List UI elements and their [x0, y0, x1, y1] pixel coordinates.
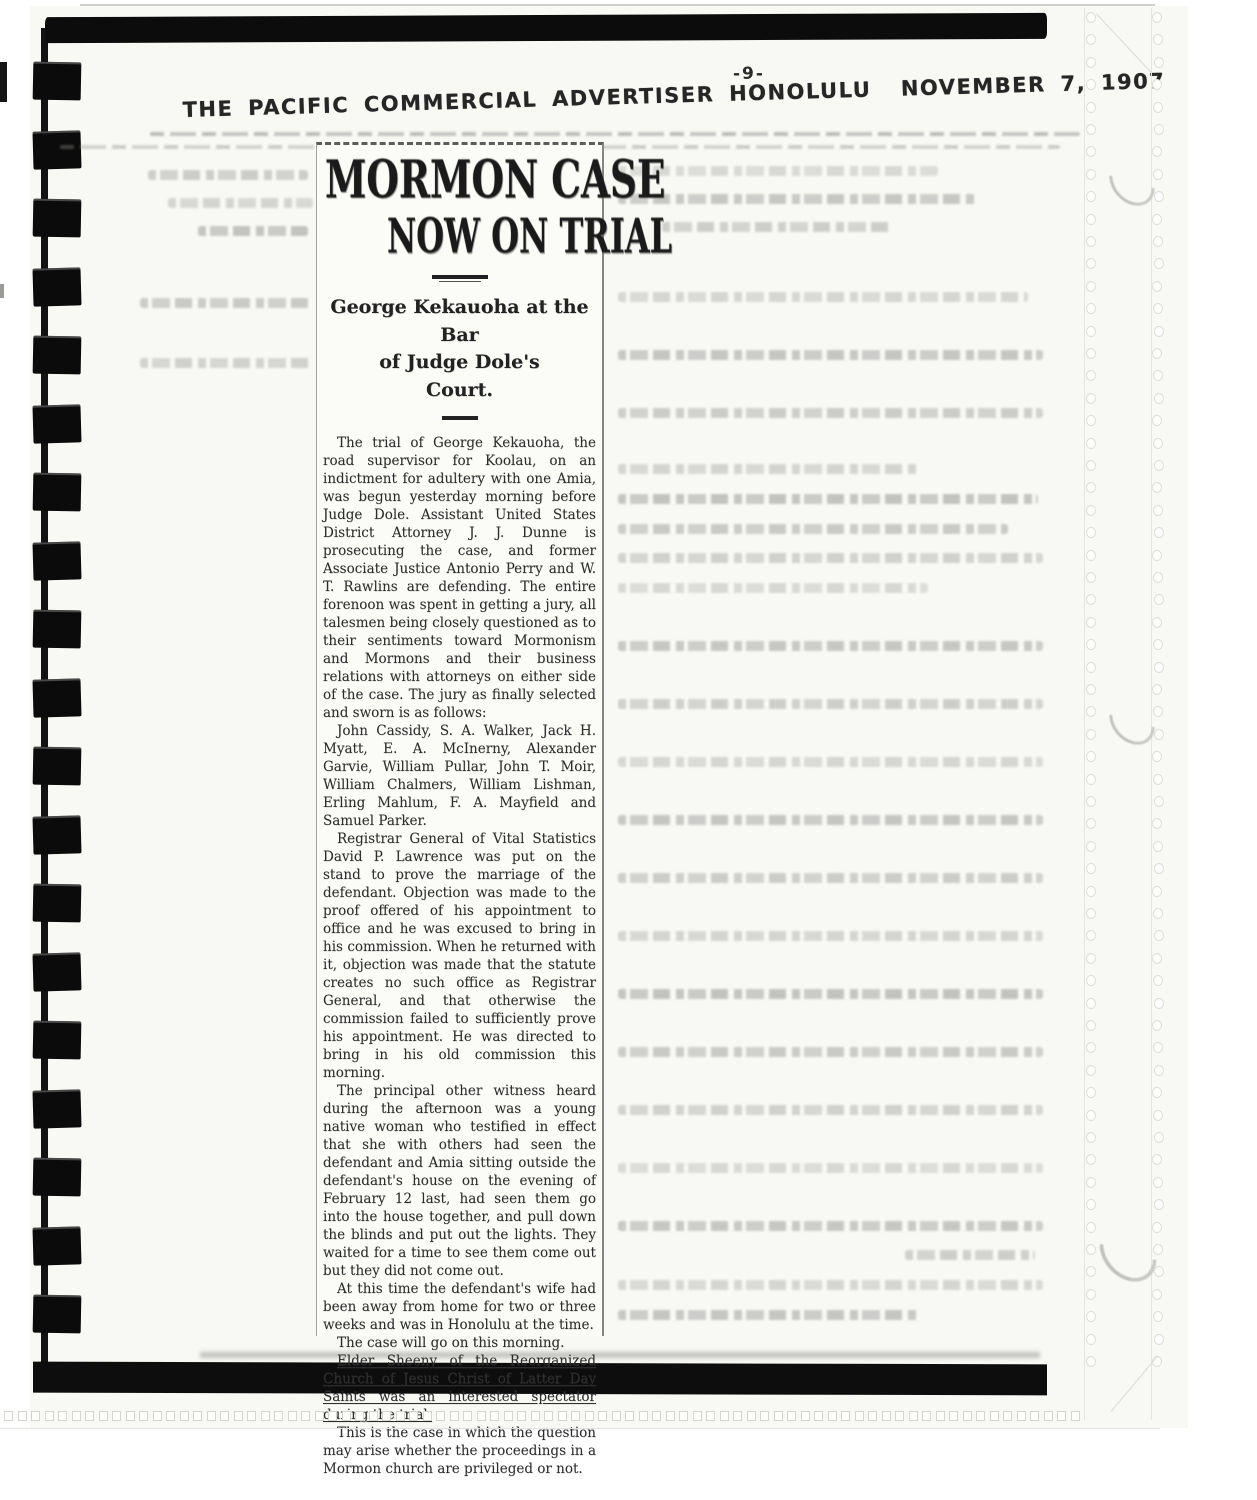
ghost-text-line — [618, 166, 938, 176]
perforation-hole — [1153, 1110, 1163, 1121]
ghost-text-line — [198, 226, 308, 236]
sheet-protector-edge — [1084, 8, 1085, 1420]
ghost-text-line — [618, 1163, 1043, 1173]
ghost-text-line — [618, 873, 1043, 883]
perforation-hole — [1153, 774, 1163, 785]
perforation-hole — [1152, 12, 1162, 23]
perforation-hole — [1086, 1132, 1096, 1143]
perforation-hole — [990, 1411, 999, 1421]
perforation-hole — [234, 1411, 243, 1421]
article-paragraph-8: This is the case in which the question m… — [323, 1424, 596, 1478]
perforation-hole — [922, 1411, 931, 1421]
perforation-hole — [1153, 505, 1163, 516]
perforation-hole — [436, 1411, 445, 1421]
perforation-hole — [612, 1411, 621, 1421]
perforation-hole — [1086, 796, 1096, 807]
subheadline: George Kekauoha at the Bar of Judge Dole… — [323, 294, 596, 404]
perforation-hole — [936, 1411, 945, 1421]
perforation-hole — [58, 1411, 67, 1421]
perforation-hole — [1086, 550, 1096, 561]
ghost-text-line — [618, 350, 1043, 360]
perforation-hole — [693, 1411, 702, 1421]
perforation-hole — [855, 1411, 864, 1421]
ink-smudge — [150, 132, 1080, 136]
perforation-hole — [1071, 1411, 1080, 1421]
scan-edge-mark — [0, 284, 4, 298]
perforation-hole — [720, 1411, 729, 1421]
perforation-hole — [1086, 438, 1096, 449]
perforation-hole — [1086, 617, 1096, 628]
perforation-hole — [423, 1411, 432, 1421]
article-paragraph-2: John Cassidy, S. A. Walker, Jack H. Myat… — [323, 722, 596, 830]
binding-tab — [32, 130, 81, 169]
perforation-hole — [261, 1411, 270, 1421]
ghost-text-line — [618, 641, 1043, 651]
scan-edge-mark — [0, 62, 7, 102]
perforation-hole — [85, 1411, 94, 1421]
perforation-hole — [679, 1411, 688, 1421]
binding-tab — [32, 952, 81, 991]
perforation-hole — [1086, 57, 1096, 68]
perforation-hole — [787, 1411, 796, 1421]
ghost-text-line — [618, 1047, 1043, 1057]
perforation-hole — [1154, 796, 1164, 807]
perforation-hole — [652, 1411, 661, 1421]
binding-tab — [33, 199, 82, 238]
perforation-hole — [747, 1411, 756, 1421]
perforation-hole — [1086, 236, 1096, 247]
perforation-hole — [1154, 393, 1164, 404]
subhead-line: George Kekauoha at the Bar — [323, 294, 596, 349]
perforation-hole — [1017, 1411, 1026, 1421]
perforation-hole — [571, 1411, 580, 1421]
article-paragraph-3: Registrar General of Vital Statistics Da… — [323, 830, 596, 1082]
binding-tab — [32, 267, 81, 306]
perforation-hole — [1153, 438, 1163, 449]
ghost-text-line — [618, 194, 978, 204]
perforation-hole — [1152, 886, 1162, 897]
subhead-divider — [442, 416, 478, 420]
perforation-hole — [396, 1411, 405, 1421]
perforation-hole — [31, 1411, 40, 1421]
perforation-hole — [1086, 1356, 1096, 1367]
perforation-hole — [409, 1411, 418, 1421]
binding-tab — [32, 1226, 81, 1265]
perforation-hole — [382, 1411, 391, 1421]
ghost-text-line — [618, 1105, 1043, 1115]
perforation-hole — [1003, 1411, 1012, 1421]
perforation-hole — [490, 1411, 499, 1421]
perforation-hole — [544, 1411, 553, 1421]
binding-tab — [32, 404, 81, 443]
perforation-hole — [531, 1411, 540, 1421]
perforation-hole — [868, 1411, 877, 1421]
ghost-text-line — [618, 989, 1043, 999]
perforation-hole — [4, 1411, 13, 1421]
binding-tab — [33, 62, 82, 101]
article-paragraph-4: The principal other witness heard during… — [323, 1082, 596, 1280]
perforation-hole — [801, 1411, 810, 1421]
perforation-hole — [1152, 550, 1162, 561]
perforation-hole — [1154, 662, 1164, 673]
perforation-hole — [1044, 1411, 1053, 1421]
binding-tab — [33, 747, 82, 786]
perforation-hole — [1086, 886, 1096, 897]
perforation-hole — [1086, 1334, 1096, 1345]
ghost-text-line — [618, 494, 1038, 504]
binding-tab — [32, 1089, 81, 1128]
perforation-hole — [369, 1411, 378, 1421]
perforation-hole — [153, 1411, 162, 1421]
ghost-text-line — [618, 699, 1043, 709]
ghost-text-line — [618, 1310, 918, 1320]
perforation-hole — [1086, 1289, 1096, 1300]
perforation-hole — [1154, 1065, 1164, 1076]
ghost-text-line — [618, 1280, 1043, 1290]
perforation-hole — [517, 1411, 526, 1421]
perforation-hole — [1086, 684, 1096, 695]
perforation-hole — [315, 1411, 324, 1421]
perforation-hole — [72, 1411, 81, 1421]
perforation-hole — [1086, 169, 1096, 180]
perforation-hole — [733, 1411, 742, 1421]
perforation-hole — [99, 1411, 108, 1421]
ghost-text-line — [662, 222, 892, 232]
ghost-text-line — [618, 815, 1043, 825]
perforation-hole — [112, 1411, 121, 1421]
binding-tab — [32, 541, 81, 580]
ghost-text-line — [618, 583, 928, 593]
perforation-hole — [1152, 953, 1162, 964]
perforation-hole — [828, 1411, 837, 1421]
perforation-hole — [1153, 572, 1163, 583]
sheet-protector-edge — [0, 1428, 1160, 1429]
perforation-hole — [1086, 841, 1096, 852]
perforation-hole — [1086, 1244, 1096, 1255]
perforation-hole — [625, 1411, 634, 1421]
ghost-text-line — [618, 553, 1043, 563]
binding-tab — [33, 336, 82, 375]
perforation-hole — [1152, 214, 1162, 225]
perforation-hole — [706, 1411, 715, 1421]
binding-tab — [33, 884, 82, 923]
ghost-text-line — [618, 757, 1043, 767]
perforation-hole — [558, 1411, 567, 1421]
perforation-hole — [814, 1411, 823, 1421]
subhead-line: of Judge Dole's — [323, 349, 596, 377]
perforation-hole — [1154, 1334, 1164, 1345]
perforation-hole — [1152, 281, 1162, 292]
perforation-hole — [288, 1411, 297, 1421]
article-paragraph-1: The trial of George Kekauoha, the road s… — [323, 434, 596, 722]
binding-tab — [32, 815, 81, 854]
perforation-hole — [841, 1411, 850, 1421]
article-paragraph-6: The case will go on this morning. — [323, 1334, 596, 1352]
perforation-hole — [1086, 908, 1096, 919]
article-body: The trial of George Kekauoha, the road s… — [323, 434, 596, 1478]
perforation-hole — [1086, 214, 1096, 225]
perforation-hole — [1154, 729, 1164, 740]
perforation-hole — [639, 1411, 648, 1421]
binding-tab — [33, 473, 82, 512]
perforation-hole — [193, 1411, 202, 1421]
perforation-hole — [1086, 1222, 1096, 1233]
perforation-hole — [1154, 1132, 1164, 1143]
perforation-hole — [342, 1411, 351, 1421]
article-paragraph-5: At this time the defendant's wife had be… — [323, 1280, 596, 1334]
perforation-hole — [1153, 102, 1163, 113]
perforation-hole — [1086, 281, 1096, 292]
perforation-hole — [1153, 841, 1163, 852]
perforation-hole — [463, 1411, 472, 1421]
subhead-line: Court. — [323, 377, 596, 405]
perforation-hole — [666, 1411, 675, 1421]
ghost-text-line — [905, 1250, 1035, 1260]
perforation-hole — [976, 1411, 985, 1421]
perforation-hole — [1152, 1289, 1162, 1300]
perforation-hole — [180, 1411, 189, 1421]
perforation-hole — [220, 1411, 229, 1421]
perforation-hole — [301, 1411, 310, 1421]
perforation-hole — [598, 1411, 607, 1421]
perforation-hole — [1153, 236, 1163, 247]
perforation-hole — [1152, 1020, 1162, 1031]
perforation-hole — [1152, 684, 1162, 695]
perforation-hole — [1086, 505, 1096, 516]
perforation-hole — [909, 1411, 918, 1421]
perforation-hole — [207, 1411, 216, 1421]
perforation-hole — [1086, 572, 1096, 583]
perforation-hole — [1057, 1411, 1066, 1421]
perforation-hole — [1154, 326, 1164, 337]
perforation-hole — [963, 1411, 972, 1421]
headline-line-2: NOW ON TRIAL — [387, 213, 554, 261]
perforation-hole — [504, 1411, 513, 1421]
perforation-hole — [274, 1411, 283, 1421]
headline-line-1: MORMON CASE — [325, 155, 555, 207]
binding-tab — [32, 678, 81, 717]
perforation-hole — [1086, 12, 1096, 23]
ghost-text-line — [618, 408, 1043, 418]
perforation-hole — [45, 1411, 54, 1421]
perforation-hole — [895, 1411, 904, 1421]
perforation-hole — [1154, 460, 1164, 471]
perforation-hole — [882, 1411, 891, 1421]
perforation-hole — [1152, 1222, 1162, 1233]
perforation-hole — [1152, 617, 1162, 628]
perforation-hole — [1030, 1411, 1039, 1421]
ghost-text-line — [140, 298, 312, 308]
perforation-hole — [1086, 348, 1096, 359]
perforation-hole — [1154, 57, 1164, 68]
perforation-hole — [247, 1411, 256, 1421]
perforation-hole — [1152, 348, 1162, 359]
ghost-text-line — [618, 931, 1043, 941]
perforation-hole — [1086, 953, 1096, 964]
top-ink-bar — [45, 13, 1047, 43]
binding-tab — [33, 1021, 82, 1060]
ghost-text-line — [168, 198, 313, 208]
perforation-hole — [1086, 774, 1096, 785]
perforation-hole — [477, 1411, 486, 1421]
perforation-hole — [774, 1411, 783, 1421]
binding-tab — [33, 1158, 82, 1197]
ghost-text-line — [140, 358, 312, 368]
perforation-hole — [1086, 662, 1096, 673]
binding-tab — [33, 610, 82, 649]
perforation-hole — [1086, 1065, 1096, 1076]
perforation-hole — [328, 1411, 337, 1421]
perforation-hole — [760, 1411, 769, 1421]
ghost-text-line — [618, 292, 1028, 302]
perforation-hole — [1086, 1110, 1096, 1121]
perforation-hole — [166, 1411, 175, 1421]
perforation-hole — [450, 1411, 459, 1421]
scanned-document-page: { "document": { "page_number": "-9-", "s… — [0, 0, 1257, 1500]
perforation-hole — [1154, 124, 1164, 135]
perforation-hole — [1086, 460, 1096, 471]
perforation-hole — [1086, 998, 1096, 1009]
perforation-hole — [18, 1411, 27, 1421]
perforation-hole — [1086, 326, 1096, 337]
headline-divider — [439, 281, 481, 282]
perforation-hole — [1153, 908, 1163, 919]
perforation-hole — [1086, 102, 1096, 113]
perforation-hole — [355, 1411, 364, 1421]
perforation-hole — [1153, 169, 1163, 180]
perforation-hole — [1086, 393, 1096, 404]
perforation-hole — [1086, 124, 1096, 135]
perforation-hole — [1086, 729, 1096, 740]
ghost-text-line — [618, 524, 1008, 534]
perforation-hole — [1153, 1177, 1163, 1188]
newspaper-clipping: MORMON CASE NOW ON TRIAL George Kekauoha… — [316, 142, 604, 1336]
perforation-hole — [139, 1411, 148, 1421]
perforation-hole — [1086, 1177, 1096, 1188]
perforation-hole — [949, 1411, 958, 1421]
perforation-hole — [126, 1411, 135, 1421]
ghost-text-line — [148, 170, 308, 180]
headline-divider — [432, 275, 488, 279]
ghost-text-line — [618, 464, 918, 474]
perforation-hole — [585, 1411, 594, 1421]
perforation-hole — [1086, 1020, 1096, 1031]
ghost-text-line — [618, 1221, 1043, 1231]
binding-tab — [33, 1295, 82, 1334]
perforation-hole — [1154, 998, 1164, 1009]
